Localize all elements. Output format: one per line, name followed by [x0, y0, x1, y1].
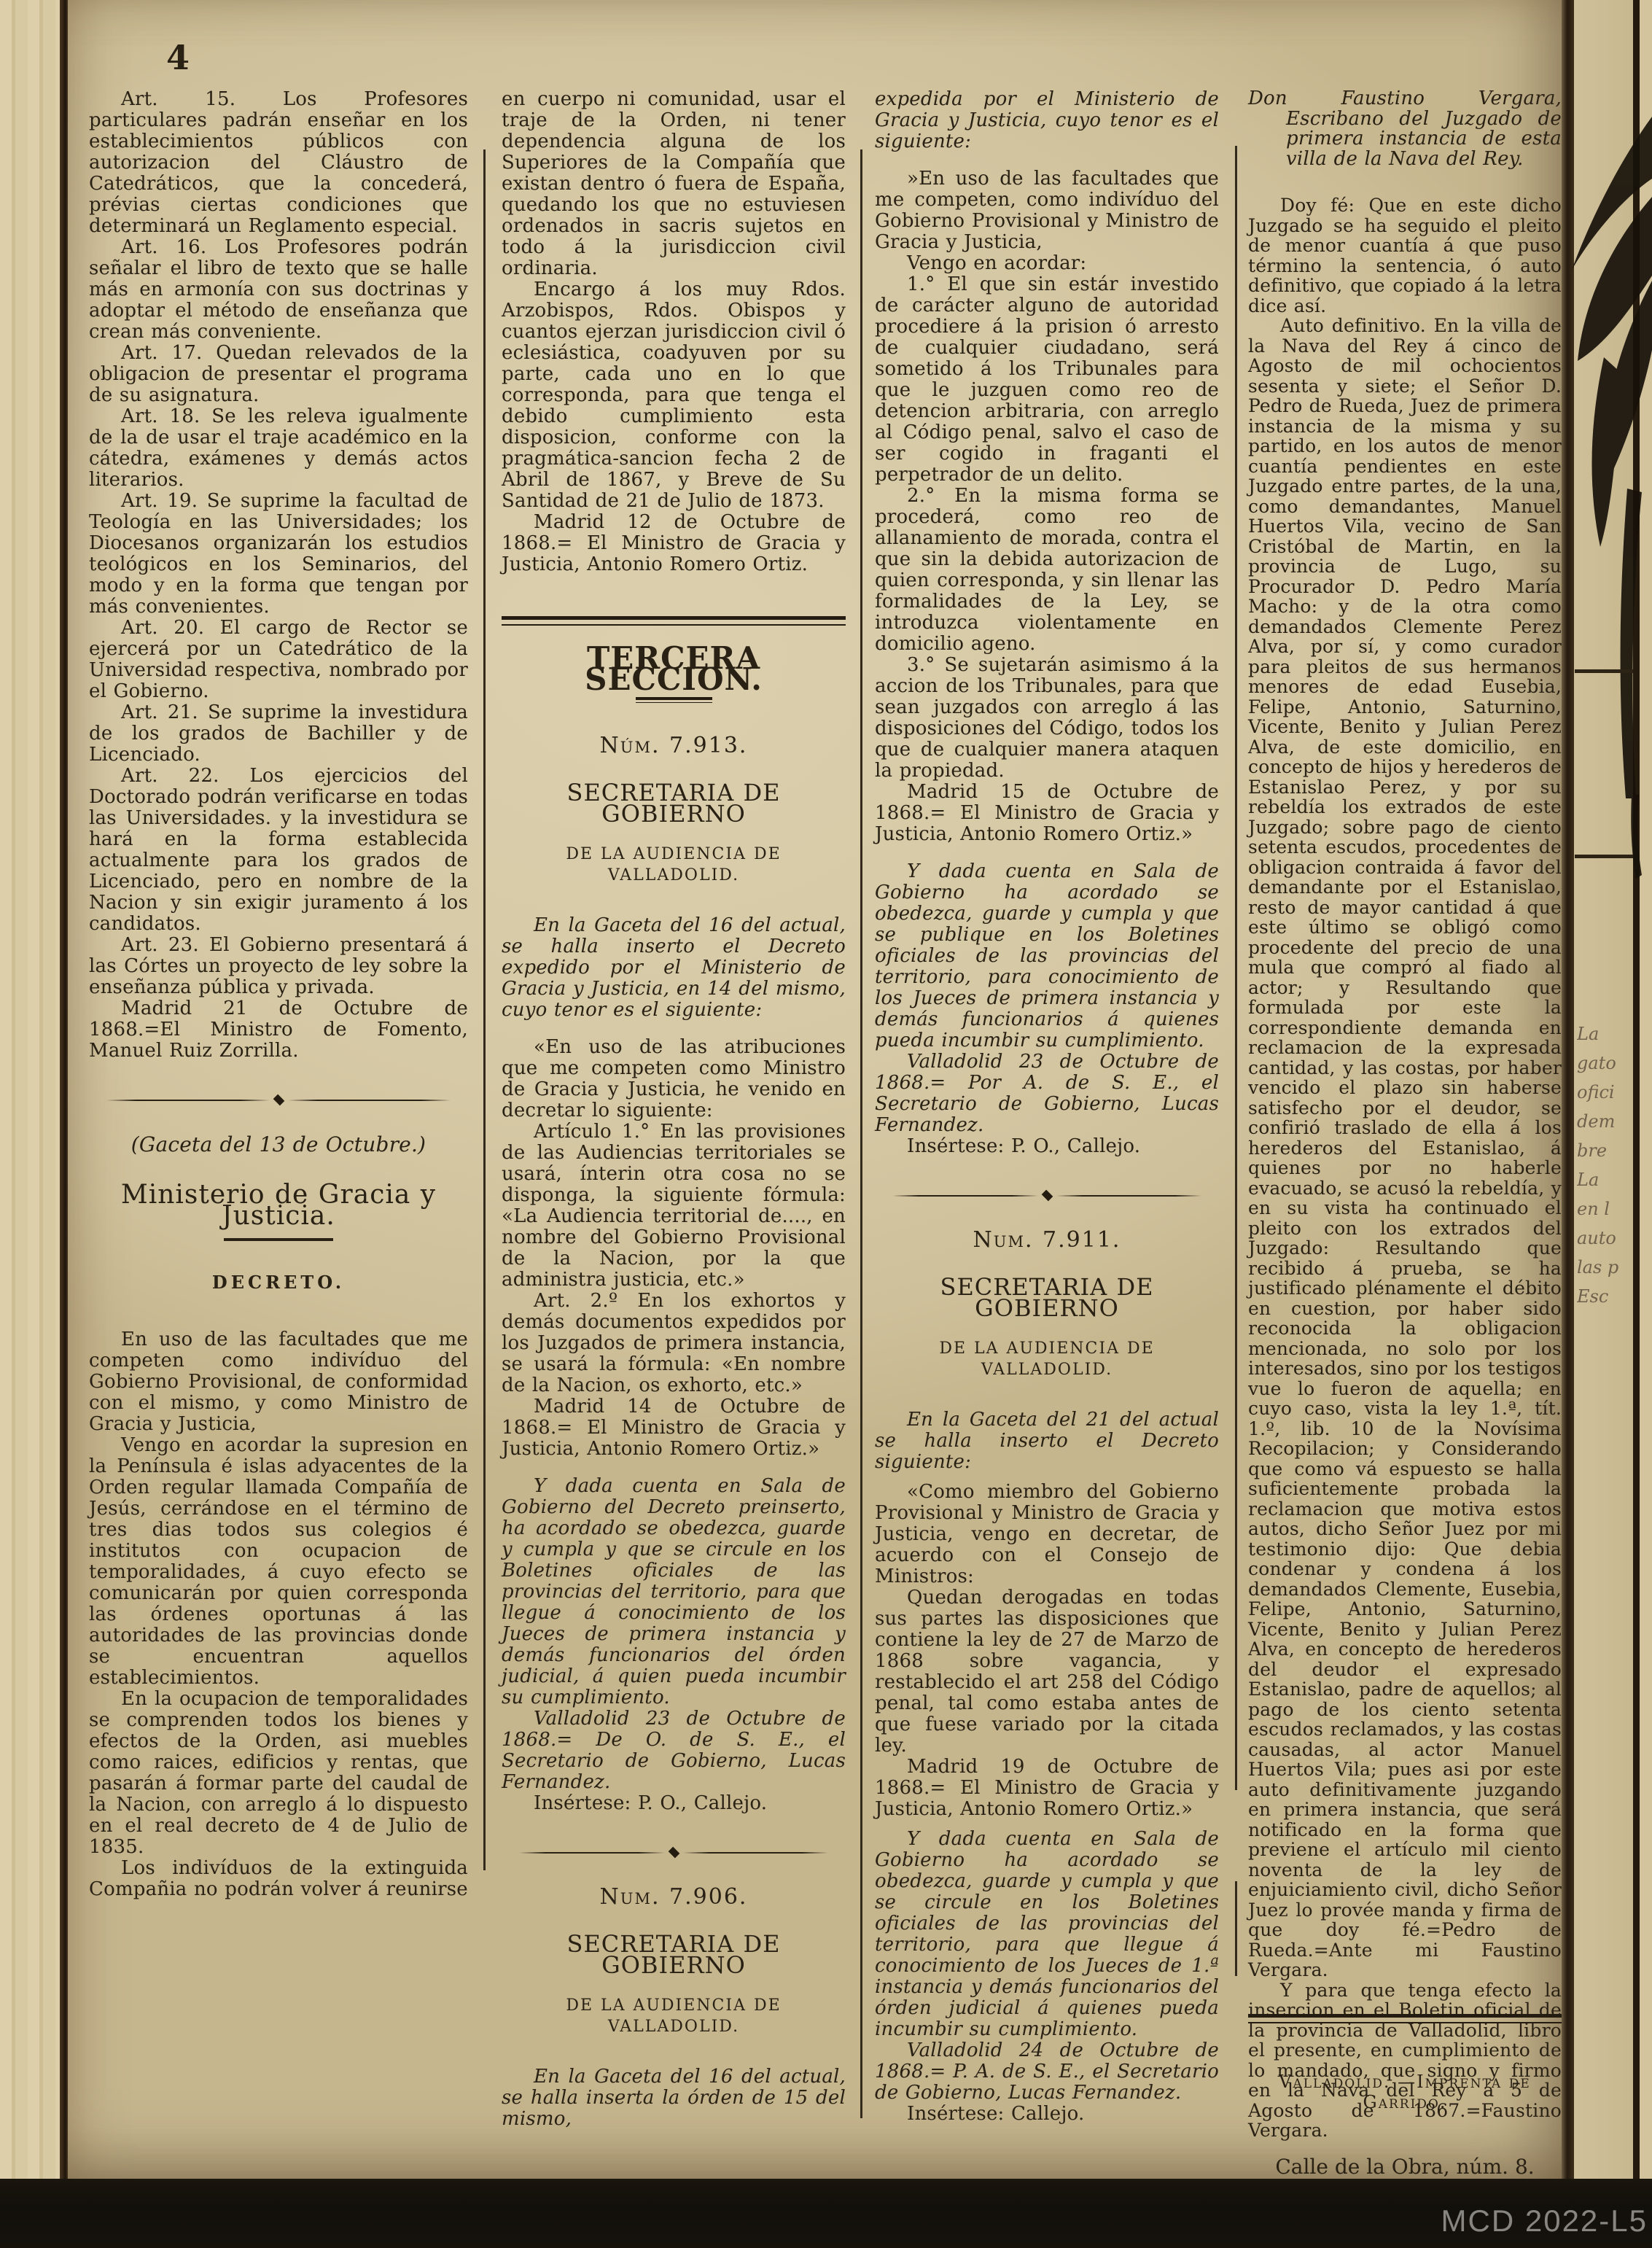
doy-fe-paragraph: Doy fé: Que en este dicho Juzgado se ha … [1248, 195, 1562, 316]
decree-paragraph: 2.° En la misma forma se procederá, como… [875, 486, 1219, 655]
page-number: 4 [166, 38, 190, 77]
gaceta-intro: En la Gaceta del 16 del actual, se halla… [502, 915, 846, 1021]
signature-line: Valladolid 23 de Octubre de 1868.= De O.… [502, 1708, 846, 1793]
decree-paragraph: Los indivíduos de la extinguida Compañia… [89, 1858, 468, 1900]
signature-line: Valladolid 23 de Octubre de 1868.= Por A… [875, 1051, 1219, 1136]
decree-paragraph: «En uso de las atribuciones que me compe… [502, 1037, 846, 1121]
signature-line: Valladolid 24 de Octubre de 1868.= P. A.… [875, 2040, 1219, 2104]
text-fragment: ofici [1577, 1078, 1631, 1107]
signature-line: Madrid 15 de Octubre de 1868.= El Minist… [875, 782, 1219, 845]
article-paragraph: Art. 21. Se suprime la investidura de lo… [89, 702, 468, 766]
ornament-line [1056, 1195, 1202, 1197]
facing-page-text-fragments: La gato ofici dem bre La en l auto las p… [1577, 1019, 1631, 1311]
secretaria-heading: SECRETARIA DE GOBIERNO [502, 1934, 846, 1976]
text-fragment: La [1577, 1019, 1631, 1049]
text-fragment: La [1577, 1165, 1631, 1194]
item-number-heading: Num. 7.906. [502, 1886, 846, 1907]
decree-paragraph: Encargo á los muy Rdos. Arzobispos, Rdos… [502, 279, 846, 512]
insertese-line: Insértese: P. O., Callejo. [875, 1136, 1219, 1157]
facing-page-rule [1575, 855, 1633, 858]
decree-paragraph: »En uso de las facultades que me compete… [875, 168, 1219, 253]
column-rule-2 [860, 149, 862, 2118]
divider-ornament [892, 1191, 1201, 1200]
divider-ornament [519, 1848, 828, 1857]
column-2: en cuerpo ni comunidad, usar el traje de… [502, 89, 846, 2130]
article-paragraph: Art. 23. El Gobierno presentará á las Có… [89, 935, 468, 998]
article-paragraph: Art. 17. Quedan relevados de la obligaci… [89, 343, 468, 406]
gaceta-intro: expedida por el Ministerio de Gracia y J… [875, 89, 1219, 152]
archive-watermark: MCD 2022-L5 [1441, 2204, 1648, 2239]
audiencia-subheading: DE LA AUDIENCIA DE VALLADOLID. [502, 1995, 846, 2037]
text-fragment: bre [1577, 1136, 1631, 1165]
left-page-edge-stack [0, 0, 63, 2182]
ink-flourish-decoration [1560, 109, 1652, 882]
article-paragraph: Art. 20. El cargo de Rector se ejercerá … [89, 618, 468, 702]
section-heading: TERCERA SECCION. [502, 647, 846, 690]
ornament-diamond-icon [273, 1094, 284, 1106]
column-rule-1 [483, 149, 486, 1870]
ornament-line [288, 1100, 451, 1101]
gaceta-reference: (Gaceta del 13 de Octubre.) [89, 1134, 468, 1155]
ornament-diamond-icon [668, 1847, 679, 1859]
imprint-printer-line: Valladolid. —Imprenta de Garrido. [1248, 2072, 1562, 2112]
decree-paragraph: Vengo en acordar: [875, 253, 1219, 274]
article-paragraph: Art. 16. Los Profesores podrán señalar e… [89, 237, 468, 343]
text-fragment: auto [1577, 1224, 1631, 1253]
signature-line: Madrid 12 de Octubre de 1868.= El Minist… [502, 512, 846, 575]
text-fragment: dem [1577, 1107, 1631, 1136]
article-paragraph: Art. 15. Los Profesores particulares pad… [89, 89, 468, 237]
heading-rule [636, 697, 712, 703]
decree-paragraph: En uso de las facultades que me competen… [89, 1329, 468, 1435]
text-fragment: en l [1577, 1194, 1631, 1224]
decree-label: DECRETO. [89, 1272, 468, 1293]
article-paragraph: Art. 18. Se les releva igualmente de la … [89, 406, 468, 491]
scan-background-bottom [0, 2179, 1652, 2248]
secretaria-heading: SECRETARIA DE GOBIERNO [502, 782, 846, 825]
column-rule-3 [1235, 146, 1237, 1790]
ministry-heading: Ministerio de Gracia y Justicia. [89, 1184, 468, 1226]
text-fragment: las p [1577, 1253, 1631, 1282]
facing-page-rule [1575, 669, 1633, 673]
decree-paragraph: En la ocupacion de temporalidades se com… [89, 1689, 468, 1858]
double-rule [1248, 2014, 1562, 2023]
decree-paragraph: Quedan derogadas en todas sus partes las… [875, 1587, 1219, 1757]
audiencia-subheading: DE LA AUDIENCIA DE VALLADOLID. [502, 844, 846, 886]
decree-paragraph: Art. 2.º En los exhortos y demás documen… [502, 1291, 846, 1396]
divider-ornament [106, 1095, 451, 1105]
insertese-line: Insértese: Callejo. [875, 2104, 1219, 2125]
sala-gobierno-note: Y dada cuenta en Sala de Gobierno del De… [502, 1476, 846, 1708]
gaceta-intro: En la Gaceta del 21 del actual se halla … [875, 1409, 1219, 1473]
secretaria-heading: SECRETARIA DE GOBIERNO [875, 1277, 1219, 1319]
decree-paragraph: «Como miembro del Gobierno Provisional y… [875, 1482, 1219, 1587]
article-paragraph: Art. 22. Los ejercicios del Doctorado po… [89, 766, 468, 935]
text-fragment: Esc [1577, 1282, 1631, 1311]
decree-paragraph: Vengo en acordar la supresion en la Pení… [89, 1435, 468, 1689]
column-4: Don Faustino Vergara, Escribano del Juzg… [1248, 89, 1562, 2141]
decree-paragraph: 3.° Se sujetarán asimismo á la accion de… [875, 655, 1219, 782]
column-3: expedida por el Ministerio de Gracia y J… [875, 89, 1219, 2125]
signature-line: Madrid 14 de Octubre de 1868.= El Minist… [502, 1396, 846, 1460]
ornament-line [683, 1852, 829, 1854]
heading-rule [224, 1238, 333, 1241]
text-fragment: gato [1577, 1049, 1631, 1078]
imprint-address-line: Calle de la Obra, núm. 8. [1248, 2155, 1562, 2179]
ornament-line [892, 1195, 1038, 1197]
sala-gobierno-note: Y dada cuenta en Sala de Gobierno ha aco… [875, 861, 1219, 1051]
auto-definitivo-paragraph: Auto definitivo. En la villa de la Nava … [1248, 316, 1562, 1980]
sala-gobierno-note: Y dada cuenta en Sala de Gobierno ha aco… [875, 1829, 1219, 2040]
ornament-diamond-icon [1041, 1190, 1053, 1202]
decree-paragraph: en cuerpo ni comunidad, usar el traje de… [502, 89, 846, 279]
ornament-line [106, 1100, 270, 1101]
column-rule-3b [1235, 1881, 1237, 1976]
gaceta-intro: En la Gaceta del 16 del actual, se halla… [502, 2066, 846, 2130]
item-number-heading: Num. 7.911. [875, 1229, 1219, 1251]
ornament-line [519, 1852, 665, 1854]
double-rule [502, 616, 846, 626]
column-1: Art. 15. Los Profesores particulares pad… [89, 89, 468, 1900]
article-paragraph: Art. 19. Se suprime la facultad de Teolo… [89, 491, 468, 618]
item-number-heading: Núm. 7.913. [502, 735, 846, 756]
insertese-line: Insértese: P. O., Callejo. [502, 1793, 846, 1814]
signature-line: Madrid 21 de Octubre de 1868.=El Ministr… [89, 998, 468, 1062]
decree-paragraph: Artículo 1.° En las provisiones de las A… [502, 1121, 846, 1291]
escribano-heading: Don Faustino Vergara, Escribano del Juzg… [1248, 89, 1562, 169]
printer-imprint: Valladolid. —Imprenta de Garrido. Calle … [1248, 2014, 1562, 2179]
signature-line: Madrid 19 de Octubre de 1868.= El Minist… [875, 1757, 1219, 1820]
decree-paragraph: 1.° El que sin estár investido de caráct… [875, 274, 1219, 486]
scanned-gazette-page: 4 Art. 15. Los Profesores particulares p… [0, 0, 1652, 2248]
audiencia-subheading: DE LA AUDIENCIA DE VALLADOLID. [875, 1338, 1219, 1380]
